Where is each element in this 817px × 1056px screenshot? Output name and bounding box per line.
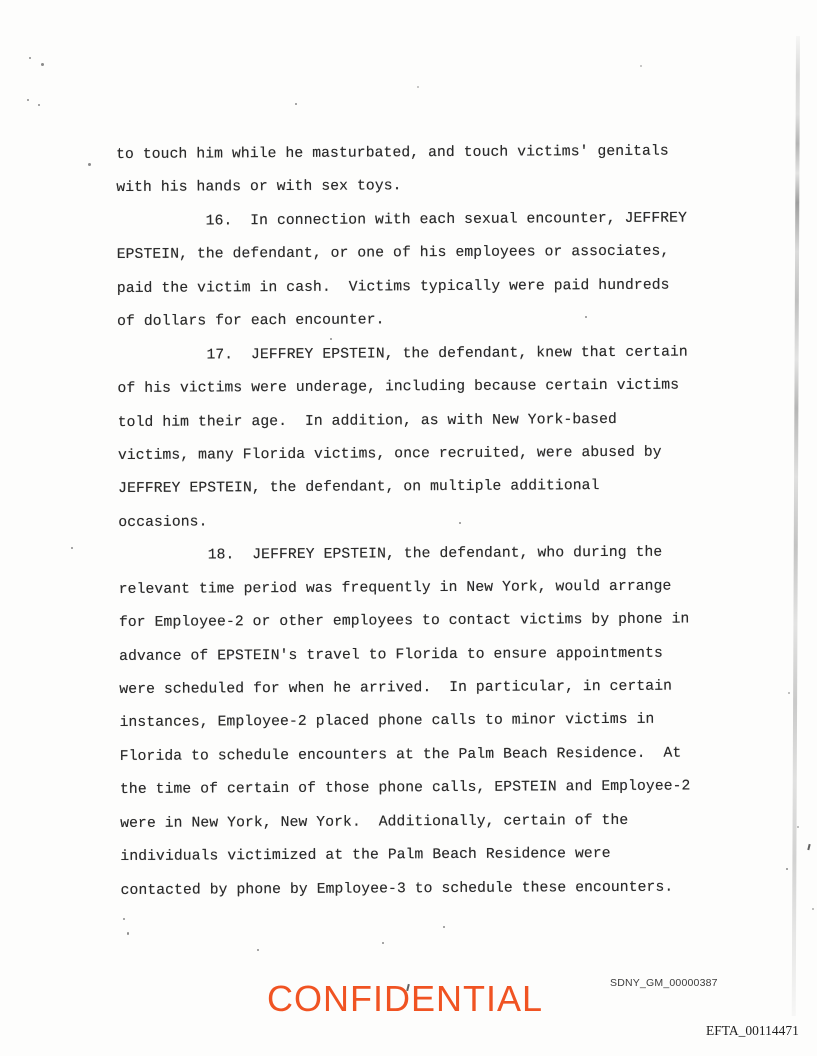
document-text-line: 16. In connection with each sexual encou… — [116, 202, 687, 239]
scan-streak-artifact — [792, 36, 800, 1016]
scan-speck — [41, 63, 44, 66]
document-text-line: individuals victimized at the Palm Beach… — [120, 838, 691, 875]
document-text-line: for Employee-2 or other employees to con… — [119, 604, 690, 641]
scan-speck — [640, 65, 642, 67]
scan-speck — [443, 926, 445, 928]
document-text-line: told him their age. In addition, as with… — [118, 403, 689, 440]
document-text-line: instances, Employee-2 placed phone calls… — [119, 704, 690, 741]
scan-speck — [295, 103, 297, 105]
document-text-line: relevant time period was frequently in N… — [119, 570, 690, 607]
document-text-line: to touch him while he masturbated, and t… — [116, 136, 687, 173]
document-text-line: of dollars for each encounter. — [117, 303, 688, 340]
document-text-line: EPSTEIN, the defendant, or one of his em… — [117, 236, 688, 273]
bates-number-sdny: SDNY_GM_00000387 — [610, 977, 718, 989]
document-text-line: advance of EPSTEIN's travel to Florida t… — [119, 637, 690, 674]
scan-speck — [330, 338, 332, 340]
scan-speck — [127, 932, 129, 935]
scan-speck — [38, 104, 40, 106]
document-text-line: of his victims were underage, including … — [117, 370, 688, 407]
scan-speck — [27, 99, 29, 101]
scan-apostrophe-artifact — [807, 844, 810, 850]
scan-speck — [123, 918, 125, 920]
document-text-line: victims, many Florida victims, once recr… — [118, 436, 689, 473]
scan-speck — [382, 942, 384, 944]
scan-speck — [797, 826, 799, 828]
document-text-line: with his hands or with sex toys. — [116, 169, 687, 206]
document-text-line: contacted by phone by Employee-3 to sche… — [120, 871, 691, 908]
document-body: to touch him while he masturbated, and t… — [116, 136, 691, 909]
document-text-line: the time of certain of those phone calls… — [120, 771, 691, 808]
scan-speck — [786, 868, 788, 870]
confidential-stamp: CONFIDENTIAL — [267, 981, 543, 1017]
scan-speck — [417, 86, 419, 88]
scan-speck — [29, 57, 31, 59]
document-text-line: were in New York, New York. Additionally… — [120, 804, 691, 841]
scan-speck — [257, 949, 259, 951]
document-text-line: were scheduled for when he arrived. In p… — [119, 671, 690, 708]
document-text-line: JEFFREY EPSTEIN, the defendant, on multi… — [118, 470, 689, 507]
document-text-line: 18. JEFFREY EPSTEIN, the defendant, who … — [118, 537, 689, 574]
scan-speck — [812, 908, 814, 910]
scan-speck — [585, 316, 587, 318]
document-page: to touch him while he masturbated, and t… — [0, 0, 817, 1056]
bates-number-efta: EFTA_00114471 — [706, 1023, 799, 1039]
scan-speck — [88, 163, 91, 166]
document-text-line: 17. JEFFREY EPSTEIN, the defendant, knew… — [117, 336, 688, 373]
document-text-line: Florida to schedule encounters at the Pa… — [120, 737, 691, 774]
scan-speck — [459, 522, 461, 524]
document-text-line: occasions. — [118, 503, 689, 540]
scan-speck — [788, 692, 790, 694]
document-text-line: paid the victim in cash. Victims typical… — [117, 269, 688, 306]
scan-speck — [71, 547, 73, 549]
